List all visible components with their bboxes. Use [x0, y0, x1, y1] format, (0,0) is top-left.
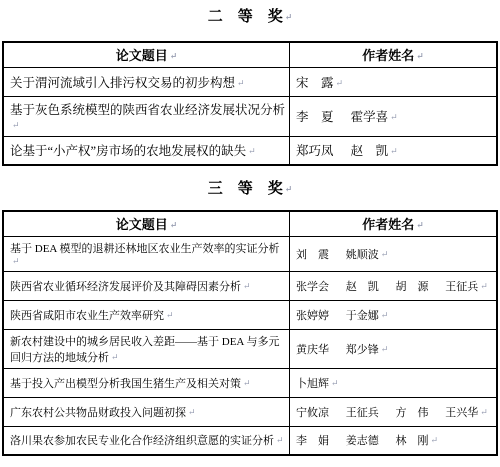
paper-title-cell: 基于投入产出模型分析我国生猪生产及相关对策: [3, 368, 290, 397]
author-name: 张学会: [296, 278, 329, 294]
paper-title: 基于投入产出模型分析我国生猪生产及相关对策: [10, 378, 251, 390]
column-header-authors: 作者姓名: [290, 42, 497, 67]
author-name: 王征兵: [445, 278, 488, 294]
paper-title: 洛川果农参加农民专业化合作经济组织意愿的实证分析: [10, 435, 284, 447]
column-header-authors-label: 作者姓名: [362, 48, 424, 63]
table-row: 关于渭河流域引入排污权交易的初步构想 宋 露: [3, 67, 497, 96]
authors-cell: 卜旭辉: [290, 368, 497, 397]
paper-title-cell: 新农村建设中的城乡居民收入差距——基于 DEA 与多元回归方法的地域分析: [3, 329, 290, 368]
paper-title-cell: 基于 DEA 模型的退耕还林地区农业生产效率的实证分析: [3, 236, 290, 271]
paper-title-cell: 关于渭河流域引入排污权交易的初步构想: [3, 67, 290, 96]
author-name: 林 刚: [396, 432, 439, 448]
paper-title: 基于 DEA 模型的退耕还林地区农业生产效率的实证分析: [10, 243, 280, 268]
paper-title-cell: 广东农村公共物品财政投入问题初探: [3, 397, 290, 426]
column-header-paper: 论文题目: [3, 211, 290, 236]
paper-title: 陕西省农业循环经济发展评价及其障碍因素分析: [10, 281, 251, 293]
paper-title: 广东农村公共物品财政投入问题初探: [10, 407, 196, 419]
column-header-paper: 论文题目: [3, 42, 290, 67]
table-row: 新农村建设中的城乡居民收入差距——基于 DEA 与多元回归方法的地域分析 黄庆华…: [3, 329, 497, 368]
author-name: 王兴华: [445, 404, 488, 420]
table-row: 陕西省咸阳市农业生产效率研究 张婷婷 于金娜: [3, 300, 497, 329]
paper-title: 关于渭河流域引入排污权交易的初步构想: [10, 76, 245, 90]
authors-cell: 刘 震 姚顺波: [290, 236, 497, 271]
table-header-row: 论文题目 作者姓名: [3, 42, 497, 67]
author-name: 张婷婷: [296, 307, 329, 323]
paper-title-cell: 基于灰色系统模型的陕西省农业经济发展状况分析: [3, 96, 290, 136]
author-name: 霍学喜: [351, 107, 398, 125]
author-name: 卜旭辉: [296, 375, 339, 391]
author-name: 王征兵: [346, 404, 379, 420]
author-name: 方 伟: [396, 404, 429, 420]
third-prize-table: 论文题目 作者姓名 基于 DEA 模型的退耕还林地区农业生产效率的实证分析 刘 …: [2, 210, 498, 456]
author-name: 李 娟: [296, 432, 329, 448]
table-header-row: 论文题目 作者姓名: [3, 211, 497, 236]
column-header-authors: 作者姓名: [290, 211, 497, 236]
table-row: 陕西省农业循环经济发展评价及其障碍因素分析 张学会 赵 凯 胡 源 王征兵: [3, 271, 497, 300]
table-row: 基于灰色系统模型的陕西省农业经济发展状况分析 李 夏 霍学喜: [3, 96, 497, 136]
table-row: 基于投入产出模型分析我国生猪生产及相关对策 卜旭辉: [3, 368, 497, 397]
column-header-paper-label: 论文题目: [116, 217, 178, 232]
authors-cell: 李 娟 姜志德 林 刚: [290, 426, 497, 455]
author-name: 宁攸凉: [296, 404, 329, 420]
table-row: 基于 DEA 模型的退耕还林地区农业生产效率的实证分析 刘 震 姚顺波: [3, 236, 497, 271]
author-name: 赵 凯: [351, 141, 398, 159]
author-name: 于金娜: [346, 307, 389, 323]
section-title-text: 三 等 奖: [208, 181, 293, 197]
paper-title: 陕西省咸阳市农业生产效率研究: [10, 310, 174, 322]
section-title-second-prize: 二 等 奖: [2, 8, 498, 26]
author-name: 宋 露: [296, 73, 343, 91]
authors-cell: 张婷婷 于金娜: [290, 300, 497, 329]
author-name: 刘 震: [296, 246, 329, 262]
second-prize-table: 论文题目 作者姓名 关于渭河流域引入排污权交易的初步构想 宋 露 基于灰色系统模…: [2, 41, 498, 166]
paper-title-cell: 论基于“小产权”房市场的农地发展权的缺失: [3, 136, 290, 165]
authors-cell: 李 夏 霍学喜: [290, 96, 497, 136]
paper-title: 新农村建设中的城乡居民收入差距——基于 DEA 与多元回归方法的地域分析: [10, 336, 280, 364]
author-name: 李 夏: [296, 107, 334, 125]
table-row: 洛川果农参加农民专业化合作经济组织意愿的实证分析 李 娟 姜志德 林 刚: [3, 426, 497, 455]
authors-cell: 黄庆华 郑少锋: [290, 329, 497, 368]
table-row: 论基于“小产权”房市场的农地发展权的缺失 郑巧凤 赵 凯: [3, 136, 497, 165]
author-name: 黄庆华: [296, 341, 329, 357]
author-name: 姚顺波: [346, 246, 389, 262]
authors-cell: 张学会 赵 凯 胡 源 王征兵: [290, 271, 497, 300]
document: 二 等 奖 论文题目 作者姓名 关于渭河流域引入排污权交易的初步构想 宋 露 基…: [0, 0, 500, 456]
author-name: 胡 源: [396, 278, 429, 294]
column-header-paper-label: 论文题目: [116, 48, 178, 63]
author-name: 姜志德: [346, 432, 379, 448]
authors-cell: 宋 露: [290, 67, 497, 96]
authors-cell: 郑巧凤 赵 凯: [290, 136, 497, 165]
paper-title-cell: 陕西省咸阳市农业生产效率研究: [3, 300, 290, 329]
author-name: 郑巧凤: [296, 141, 334, 159]
column-header-authors-label: 作者姓名: [362, 217, 424, 232]
paper-title: 基于灰色系统模型的陕西省农业经济发展状况分析: [10, 103, 285, 132]
section-title-text: 二 等 奖: [208, 9, 293, 25]
paper-title-cell: 洛川果农参加农民专业化合作经济组织意愿的实证分析: [3, 426, 290, 455]
section-title-third-prize: 三 等 奖: [2, 180, 498, 198]
author-name: 赵 凯: [346, 278, 379, 294]
paper-title: 论基于“小产权”房市场的农地发展权的缺失: [10, 144, 256, 158]
paper-title-cell: 陕西省农业循环经济发展评价及其障碍因素分析: [3, 271, 290, 300]
author-name: 郑少锋: [346, 341, 389, 357]
table-row: 广东农村公共物品财政投入问题初探 宁攸凉 王征兵 方 伟 王兴华: [3, 397, 497, 426]
authors-cell: 宁攸凉 王征兵 方 伟 王兴华: [290, 397, 497, 426]
